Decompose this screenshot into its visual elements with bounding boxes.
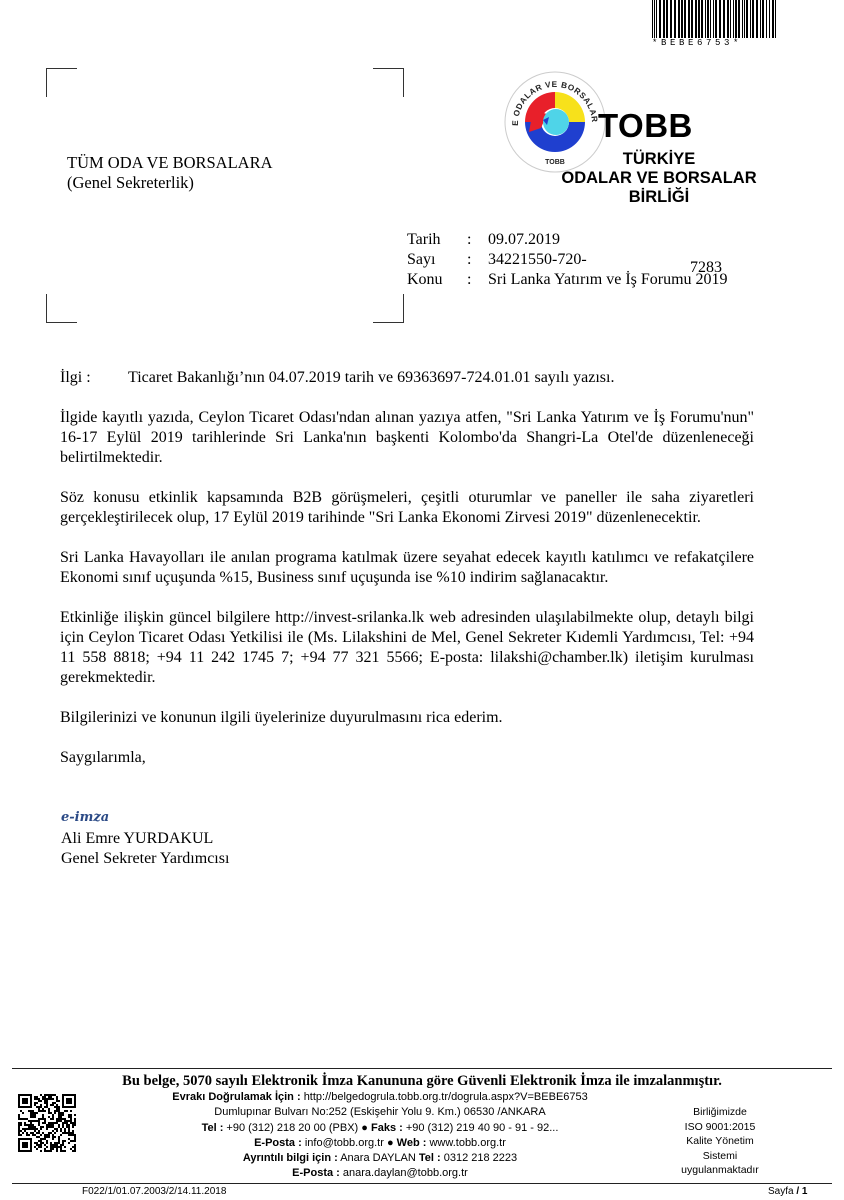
corner-mark-bottom-right bbox=[373, 294, 404, 323]
closing-salutation: Saygılarımla, bbox=[60, 748, 754, 768]
contact-email-link[interactable]: anara.daylan@tobb.org.tr bbox=[343, 1167, 468, 1179]
document-barcode: *BEBE6753* bbox=[652, 0, 780, 42]
meta-row-subject: Konu : Sri Lanka Yatırım ve İş Forumu 20… bbox=[407, 270, 728, 290]
footer-phone-line: Tel : +90 (312) 218 20 00 (PBX) ● Faks :… bbox=[160, 1121, 600, 1136]
page-total: / 1 bbox=[796, 1186, 807, 1197]
footer-contact-email-line: E-Posta : anara.daylan@tobb.org.tr bbox=[160, 1166, 600, 1181]
form-code: F022/1/01.07.2003/2/14.11.2018 bbox=[82, 1186, 226, 1197]
iso-line: Birliğimizde bbox=[665, 1105, 775, 1120]
footer-contact-info: Evrakı Doğrulamak İçin : http://belgedog… bbox=[160, 1090, 600, 1182]
body-paragraph-3: Sri Lanka Havayolları ile anılan program… bbox=[60, 548, 754, 588]
meta-number-suffix: 7283 bbox=[690, 258, 722, 278]
document-meta: Tarih : 09.07.2019 Sayı : 34221550-720- … bbox=[407, 230, 728, 290]
logo-org-line-2: ODALAR VE BORSALAR bbox=[545, 169, 773, 188]
web-link[interactable]: www.tobb.org.tr bbox=[429, 1137, 505, 1149]
page-number: Sayfa / 1 bbox=[768, 1186, 807, 1197]
verify-link[interactable]: http://belgedogrula.tobb.org.tr/dogrula.… bbox=[304, 1091, 588, 1103]
footer-email-web-line: E-Posta : info@tobb.org.tr ● Web : www.t… bbox=[160, 1136, 600, 1151]
iso-certification-note: Birliğimizde ISO 9001:2015 Kalite Yöneti… bbox=[665, 1105, 775, 1178]
web-label: Web : bbox=[397, 1137, 427, 1149]
meta-colon: : bbox=[467, 250, 488, 270]
contact-person-name: Anara DAYLAN bbox=[340, 1152, 416, 1164]
signer-block: Ali Emre YURDAKUL Genel Sekreter Yardımc… bbox=[61, 829, 229, 869]
meta-colon: : bbox=[467, 270, 488, 290]
logo-org-line-1: TÜRKİYE bbox=[545, 150, 773, 169]
logo-org-line-3: BİRLİĞİ bbox=[545, 188, 773, 207]
body-paragraph-1: İlgide kayıtlı yazıda, Ceylon Ticaret Od… bbox=[60, 408, 754, 468]
corner-mark-bottom-left bbox=[46, 294, 77, 323]
logo-org-name: TÜRKİYE ODALAR VE BORSALAR BİRLİĞİ bbox=[545, 150, 773, 207]
body-paragraph-4: Etkinliğe ilişkin güncel bilgilere http:… bbox=[60, 608, 754, 688]
verify-label: Evrakı Doğrulamak İçin : bbox=[172, 1091, 300, 1103]
footer-verify-line: Evrakı Doğrulamak İçin : http://belgedog… bbox=[160, 1090, 600, 1105]
corner-mark-top-right bbox=[373, 68, 404, 97]
meta-label: Tarih bbox=[407, 230, 467, 250]
email-link[interactable]: info@tobb.org.tr bbox=[305, 1137, 384, 1149]
signer-title: Genel Sekreter Yardımcısı bbox=[61, 849, 229, 869]
iso-line: Kalite Yönetim bbox=[665, 1134, 775, 1149]
footer-divider-top bbox=[12, 1068, 832, 1069]
tel-label: Tel : bbox=[202, 1122, 224, 1134]
meta-row-date: Tarih : 09.07.2019 bbox=[407, 230, 728, 250]
qr-code-icon bbox=[18, 1094, 76, 1152]
footer-divider-bottom bbox=[12, 1183, 832, 1184]
meta-label: Sayı bbox=[407, 250, 467, 270]
tel-value: +90 (312) 218 20 00 (PBX) bbox=[226, 1122, 358, 1134]
iso-line: uygulanmaktadır bbox=[665, 1163, 775, 1178]
iso-line: Sistemi bbox=[665, 1149, 775, 1164]
body-paragraph-2: Söz konusu etkinlik kapsamında B2B görüş… bbox=[60, 488, 754, 528]
logo-acronym: TOBB bbox=[598, 108, 693, 144]
body-paragraph-5: Bilgilerinizi ve konunun ilgili üyelerin… bbox=[60, 708, 754, 728]
footer-address: Dumlupınar Bulvarı No:252 (Eskişehir Yol… bbox=[160, 1105, 600, 1120]
reference-label: İlgi : bbox=[60, 368, 128, 388]
contact-person-label: Ayrıntılı bilgi için : bbox=[243, 1152, 338, 1164]
bullet-icon: ● bbox=[387, 1137, 394, 1149]
contact-email-label: E-Posta : bbox=[292, 1167, 340, 1179]
recipient-name: TÜM ODA VE BORSALARA bbox=[67, 153, 273, 173]
reference-line: İlgi : Ticaret Bakanlığı’nın 04.07.2019 … bbox=[60, 368, 614, 388]
e-signature-statement: Bu belge, 5070 sayılı Elektronik İmza Ka… bbox=[0, 1072, 844, 1090]
corner-mark-top-left bbox=[46, 68, 77, 97]
barcode-text: *BEBE6753* bbox=[652, 38, 780, 48]
reference-text: Ticaret Bakanlığı’nın 04.07.2019 tarih v… bbox=[128, 368, 614, 388]
footer-contact-person-line: Ayrıntılı bilgi için : Anara DAYLAN Tel … bbox=[160, 1151, 600, 1166]
meta-date-value: 09.07.2019 bbox=[488, 230, 560, 250]
recipient-block: TÜM ODA VE BORSALARA (Genel Sekreterlik) bbox=[67, 153, 273, 193]
contact-tel-value: 0312 218 2223 bbox=[444, 1152, 517, 1164]
meta-label: Konu bbox=[407, 270, 467, 290]
meta-row-number: Sayı : 34221550-720- bbox=[407, 250, 728, 270]
recipient-department: (Genel Sekreterlik) bbox=[67, 173, 273, 193]
barcode-bars bbox=[652, 0, 780, 38]
e-signature-stamp: e-imza bbox=[61, 810, 109, 825]
bullet-icon: ● bbox=[361, 1122, 368, 1134]
fax-label: Faks : bbox=[371, 1122, 403, 1134]
signer-name: Ali Emre YURDAKUL bbox=[61, 829, 229, 849]
page-label: Sayfa bbox=[768, 1186, 794, 1197]
meta-number-value: 34221550-720- bbox=[488, 250, 587, 270]
meta-colon: : bbox=[467, 230, 488, 250]
contact-tel-label: Tel : bbox=[419, 1152, 441, 1164]
iso-line: ISO 9001:2015 bbox=[665, 1120, 775, 1135]
fax-value: +90 (312) 219 40 90 - 91 - 92... bbox=[406, 1122, 559, 1134]
email-label: E-Posta : bbox=[254, 1137, 302, 1149]
